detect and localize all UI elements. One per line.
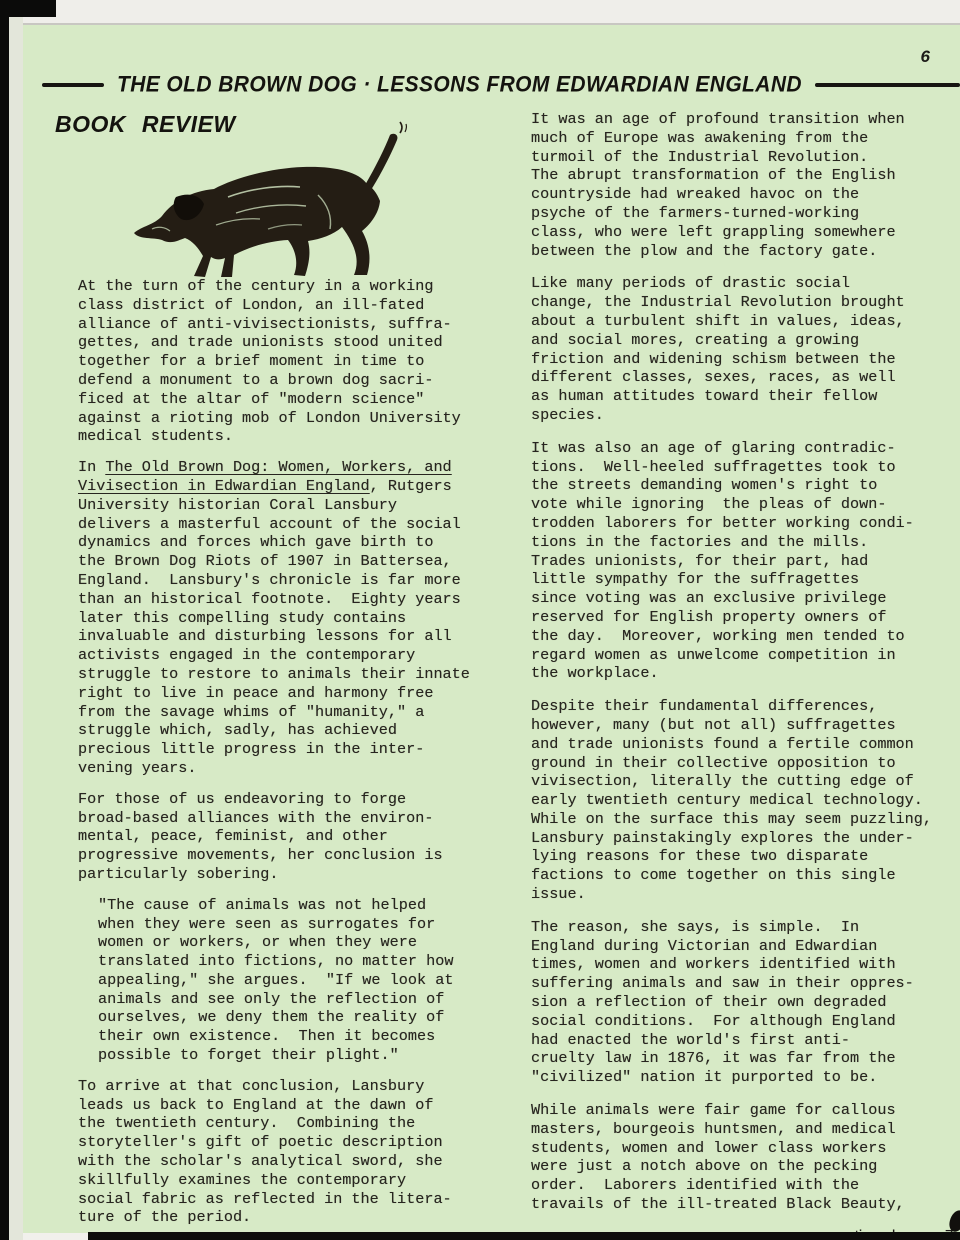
scan-left-black-strip <box>0 0 9 1240</box>
paragraph-transition: It was an age of profound transition whe… <box>531 110 959 260</box>
paragraph-book-intro-rest: , Rutgers University historian Coral Lan… <box>78 477 470 777</box>
paragraph-book-intro-lead: In <box>78 458 105 476</box>
dog-illustration <box>118 118 418 278</box>
dog-sketch-icon <box>118 118 418 278</box>
paragraph-reason: The reason, she says, is simple. In Engl… <box>531 918 959 1087</box>
newsletter-page: 6 THE OLD BROWN DOG · LESSONS FROM EDWAR… <box>22 25 960 1233</box>
paragraph-quote: "The cause of animals was not helped whe… <box>98 896 490 1065</box>
paragraph-intro: At the turn of the century in a working … <box>78 277 490 446</box>
scan-top-band <box>0 0 960 25</box>
left-column: At the turn of the century in a working … <box>78 277 490 1239</box>
scan-top-edge-line <box>0 23 960 25</box>
paragraph-contradictions: It was also an age of glaring contradic-… <box>531 439 959 683</box>
page-number: 6 <box>921 47 930 67</box>
scan-bottom-black-bar <box>88 1232 960 1240</box>
paragraph-book-intro: In The Old Brown Dog: Women, Workers, an… <box>78 458 490 778</box>
paragraph-common-ground: Despite their fundamental differences, h… <box>531 697 959 904</box>
scan-topleft-black-block <box>0 0 56 17</box>
title-rule-left <box>42 83 104 87</box>
paragraph-pecking-order: While animals were fair game for callous… <box>531 1101 959 1214</box>
scan-left-paper-edge <box>9 0 23 1240</box>
paragraph-conclusion: To arrive at that conclusion, Lansbury l… <box>78 1077 490 1227</box>
paragraph-industrial: Like many periods of drastic social chan… <box>531 274 959 424</box>
article-title-row: THE OLD BROWN DOG · LESSONS FROM EDWARDI… <box>42 73 960 97</box>
article-title: THE OLD BROWN DOG · LESSONS FROM EDWARDI… <box>117 72 802 97</box>
right-column: It was an age of profound transition whe… <box>531 110 959 1240</box>
paragraph-alliances: For those of us endeavoring to forge bro… <box>78 790 490 884</box>
title-rule-right <box>815 83 960 87</box>
